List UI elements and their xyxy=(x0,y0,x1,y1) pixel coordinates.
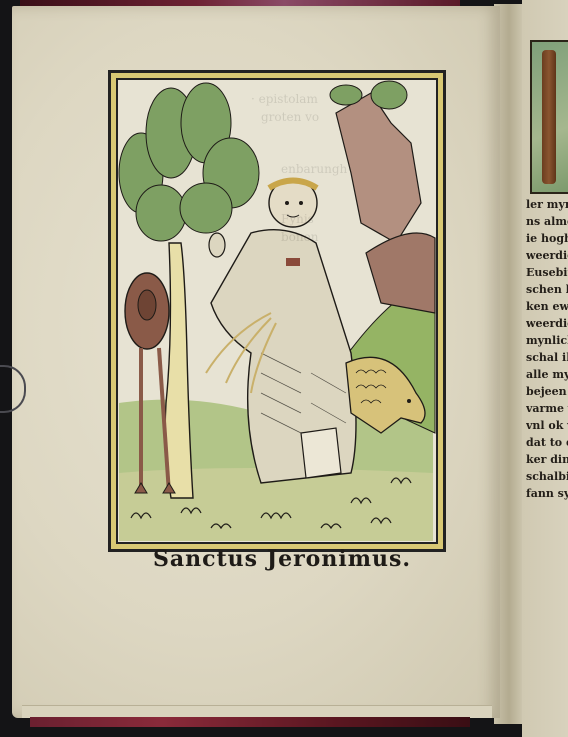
text-line: vnl ok volk xyxy=(526,417,568,434)
text-line: alle myne xyxy=(526,366,568,383)
text-line: ker dinge so xyxy=(526,451,568,468)
text-line: Eusebius xyxy=(526,264,568,281)
text-line: varme vnl xyxy=(526,400,568,417)
text-line: ler myn o xyxy=(526,196,568,213)
text-line: ns almect xyxy=(526,213,568,230)
woodcut-illustration: · epistolamgroten vo enbarunghFynisbonen xyxy=(108,70,446,552)
text-line: mynlichke xyxy=(526,332,568,349)
text-line: ken ewer be xyxy=(526,298,568,315)
text-line: dat to ewer xyxy=(526,434,568,451)
saint-jerome-woodcut: · epistolamgroten vo enbarunghFynisbonen xyxy=(111,73,443,549)
text-line: schal ik my xyxy=(526,349,568,366)
binding-bottom-edge xyxy=(30,717,470,727)
woodcut-caption: Sanctus Jeronimus. xyxy=(152,546,412,572)
text-line: schalbiget my xyxy=(526,468,568,485)
svg-text:· epistolam: · epistolam xyxy=(251,92,318,106)
decorated-initial-letter xyxy=(530,40,568,194)
text-line: ie hoghe l xyxy=(526,230,568,247)
svg-text:Fynis: Fynis xyxy=(281,212,314,226)
svg-text:bonen: bonen xyxy=(281,230,319,244)
svg-text:groten vo: groten vo xyxy=(261,110,319,124)
text-line: weerdichey xyxy=(526,315,568,332)
text-line: weerdighe xyxy=(526,247,568,264)
right-page-text-column: ler myn o ns almect ie hoghe l weerdighe… xyxy=(526,196,568,502)
text-line: fann syn schal xyxy=(526,485,568,502)
text-line: bejeen van xyxy=(526,383,568,400)
initial-letter-stroke xyxy=(542,50,556,184)
text-line: schen broe xyxy=(526,281,568,298)
svg-text:enbarungh: enbarungh xyxy=(281,162,348,176)
